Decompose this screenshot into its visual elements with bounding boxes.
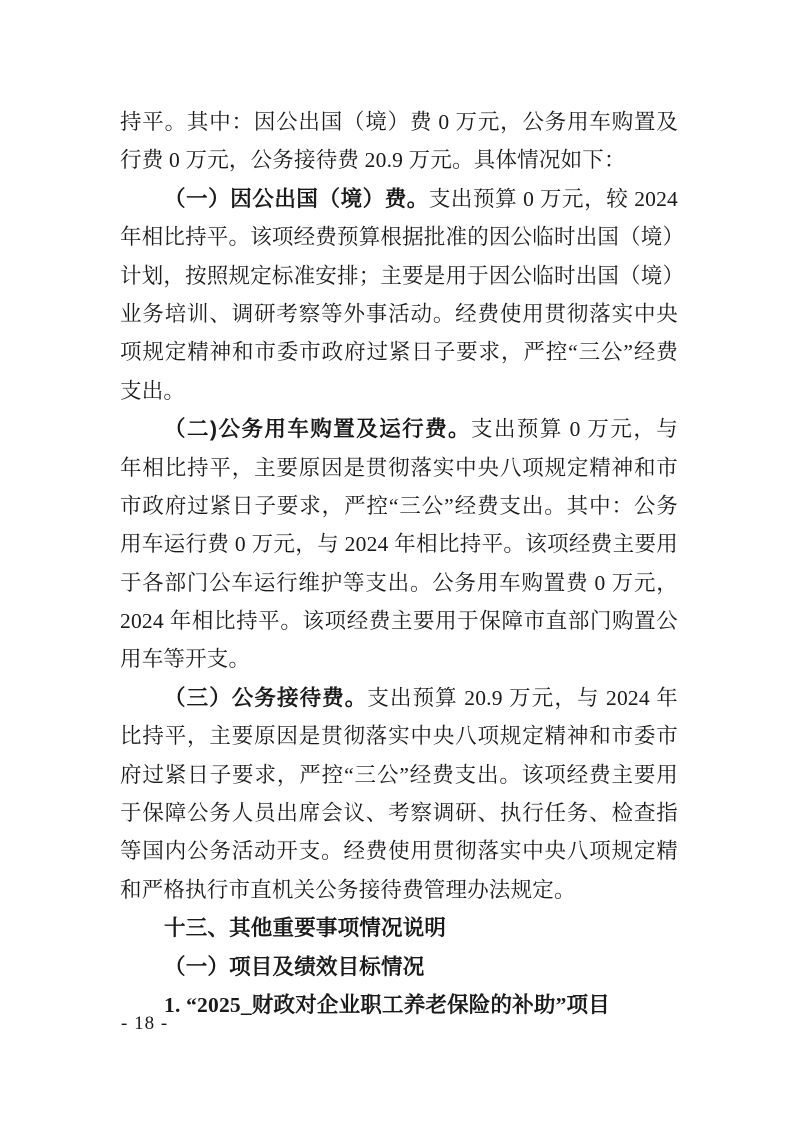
text-line: 比持平，主要原因是贯彻落实中央八项规定精神和市委市政 [120, 717, 678, 755]
text-line: 市政府过紧日子要求，严控“三公”经费支出。其中：公务 [120, 487, 678, 525]
text-line: 于保障公务人员出席会议、考察调研、执行任务、检查指导 [120, 794, 678, 832]
text-segment: 持平。其中：因公出国（境）费 0 万元，公务用车购置及运 [120, 110, 678, 141]
text-line: 项规定精神和市委市政府过紧日子要求，严控“三公”经费 [120, 333, 678, 371]
text-line: 支出。 [120, 372, 678, 410]
text-line: （三）公务接待费。支出预算 20.9 万元，与 2024 年相 [120, 679, 678, 717]
text-segment: 用车运行费 0 万元，与 2024 年相比持平。该项经费主要用 [120, 532, 678, 556]
page-number: - 18 - [121, 1012, 168, 1036]
text-line: 府过紧日子要求，严控“三公”经费支出。该项经费主要用 [120, 756, 678, 794]
text-segment: 于各部门公车运行维护等支出。公务用车购置费 0 万元，与 [120, 571, 678, 602]
text-segment: 市政府过紧日子要求，严控“三公”经费支出。其中：公务 [120, 494, 678, 518]
text-line: 用车等开支。 [120, 640, 678, 678]
text-segment: 业务培训、调研考察等外事活动。经费使用贯彻落实中央八 [120, 302, 678, 333]
text-line: 年相比持平。该项经费预算根据批准的因公临时出国（境） [120, 218, 678, 256]
text-line: 十三、其他重要事项情况说明 [120, 909, 678, 947]
text-line: 行费 0 万元，公务接待费 20.9 万元。具体情况如下： [120, 141, 678, 179]
text-line: （一）因公出国（境）费。支出预算 0 万元，较 2024 [120, 180, 678, 218]
text-segment: 等国内公务活动开支。经费使用贯彻落实中央八项规定精神 [120, 839, 678, 870]
text-segment: 行费 0 万元，公务接待费 20.9 万元。具体情况如下： [120, 148, 626, 172]
text-segment: 于保障公务人员出席会议、考察调研、执行任务、检查指导 [120, 801, 678, 832]
text-segment: 计划，按照规定标准安排；主要是用于因公临时出国（境） [120, 264, 678, 288]
text-segment: 2024 年相比持平。该项经费主要用于保障市直部门购置公务 [120, 609, 678, 640]
text-line: 于各部门公车运行维护等支出。公务用车购置费 0 万元，与 [120, 564, 678, 602]
document-page: 持平。其中：因公出国（境）费 0 万元，公务用车购置及运行费 0 万元，公务接待… [0, 0, 793, 1122]
section-heading: （一）因公出国（境）费。 [164, 187, 429, 211]
document-body: 持平。其中：因公出国（境）费 0 万元，公务用车购置及运行费 0 万元，公务接待… [120, 103, 678, 1024]
text-segment: 和严格执行市直机关公务接待费管理办法规定。 [120, 878, 576, 902]
section-heading: （二)公务用车购置及运行费。 [164, 417, 471, 441]
text-segment: 比持平，主要原因是贯彻落实中央八项规定精神和市委市政 [120, 724, 678, 755]
text-line: 2024 年相比持平。该项经费主要用于保障市直部门购置公务 [120, 602, 678, 640]
text-segment: 项规定精神和市委市政府过紧日子要求，严控“三公”经费 [120, 340, 678, 364]
section-heading: 1. “2025_财政对企业职工养老保险的补助”项目 [164, 993, 610, 1017]
text-line: 计划，按照规定标准安排；主要是用于因公临时出国（境） [120, 257, 678, 295]
section-heading: 十三、其他重要事项情况说明 [164, 916, 446, 940]
text-line: 1. “2025_财政对企业职工养老保险的补助”项目 [120, 986, 678, 1024]
section-heading: （一）项目及绩效目标情况 [164, 955, 424, 979]
text-segment: 支出。 [120, 379, 185, 403]
text-line: 年相比持平，主要原因是贯彻落实中央八项规定精神和市委 [120, 449, 678, 487]
text-line: 等国内公务活动开支。经费使用贯彻落实中央八项规定精神 [120, 832, 678, 870]
text-line: 和严格执行市直机关公务接待费管理办法规定。 [120, 871, 678, 909]
text-segment: 府过紧日子要求，严控“三公”经费支出。该项经费主要用 [120, 763, 678, 787]
text-segment: 用车等开支。 [120, 647, 250, 671]
text-segment: 年相比持平。该项经费预算根据批准的因公临时出国（境） [120, 225, 678, 249]
section-heading: （三）公务接待费。 [164, 686, 367, 710]
text-line: 持平。其中：因公出国（境）费 0 万元，公务用车购置及运 [120, 103, 678, 141]
text-line: 用车运行费 0 万元，与 2024 年相比持平。该项经费主要用 [120, 525, 678, 563]
text-segment: 年相比持平，主要原因是贯彻落实中央八项规定精神和市委 [120, 456, 678, 487]
text-line: （一）项目及绩效目标情况 [120, 948, 678, 986]
text-line: 业务培训、调研考察等外事活动。经费使用贯彻落实中央八 [120, 295, 678, 333]
text-line: （二)公务用车购置及运行费。支出预算 0 万元，与 2024 [120, 410, 678, 448]
text-segment: 支出预算 0 万元，较 2024 [429, 187, 678, 211]
